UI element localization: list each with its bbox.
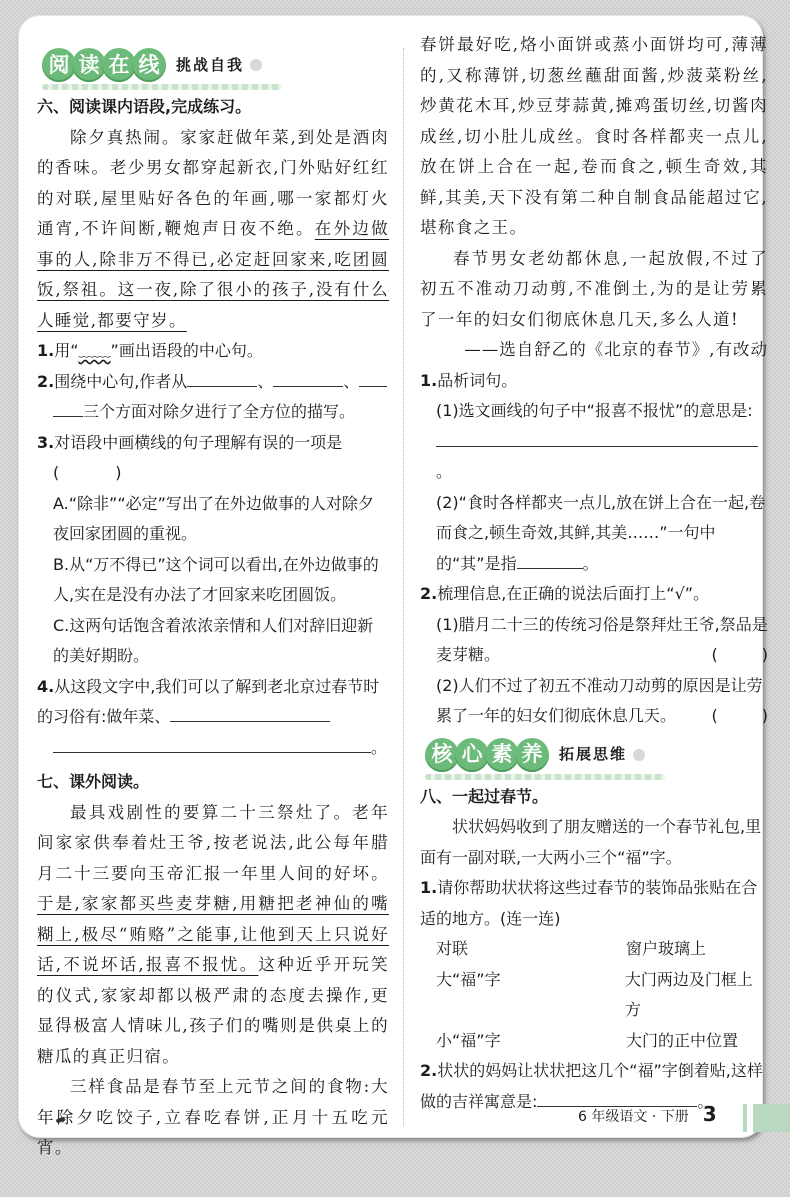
- match-item-right[interactable]: 窗户玻璃上: [626, 934, 706, 965]
- badge-subtitle: 拓展思维: [559, 739, 627, 770]
- separator: 、: [257, 372, 273, 391]
- period: 。: [583, 554, 599, 573]
- question-number: 2.: [420, 584, 437, 603]
- wave-decoration-icon: [425, 774, 665, 780]
- match-item-left[interactable]: 大“福”字: [436, 965, 625, 1026]
- match-row: 小“福”字大门的正中位置: [436, 1026, 768, 1057]
- badge-char: 养: [515, 738, 549, 772]
- question-7-title: 七、课外阅读。: [37, 767, 389, 798]
- passage-7-paragraph-4: 春节男女老幼都休息,一起放假,不过了初五不准动刀动剪,不准倒土,为的是让劳累了一…: [420, 244, 768, 336]
- question-number: 1.: [420, 371, 437, 390]
- answer-blank[interactable]: [53, 398, 83, 417]
- question-text: (1)选文画线的句子中“报喜不报忧”的意思是:: [436, 401, 753, 420]
- question-6-2: 2.围绕中心句,作者从、、三个方面对除夕进行了全方位的描写。: [37, 367, 389, 428]
- answer-paren[interactable]: (): [37, 463, 122, 482]
- question-text: (2)“食时各样都夹一点儿,放在饼上合在一起,卷而食之,顿生奇效,其鲜,其美………: [436, 493, 765, 573]
- badge-char: 阅: [42, 48, 76, 82]
- decorative-dot-icon: [250, 59, 262, 71]
- paren-close: ): [762, 645, 768, 664]
- tick-answer-paren[interactable]: (): [712, 701, 769, 732]
- matching-exercise: 对联窗户玻璃上 大“福”字大门两边及门框上方 小“福”字大门的正中位置: [420, 934, 768, 1056]
- question-number: 1.: [420, 878, 437, 897]
- question-text: 对语段中画横线的句子理解有误的一项是: [54, 433, 342, 452]
- right-column: 春饼最好吃,烙小面饼或蒸小面饼均可,薄薄的,又称薄饼,切葱丝蘸甜面酱,炒菠菜粉丝…: [420, 30, 768, 1117]
- separator: 、: [343, 372, 359, 391]
- question-8-title: 八、一起过春节。: [420, 782, 768, 813]
- book-title: 6 年级语文 · 下册: [578, 1109, 689, 1125]
- paren-open: (: [53, 463, 59, 482]
- question-7-2-2: (2)人们不过了初五不准动刀动剪的原因是让劳累了一年的妇女们彻底休息几天。(): [420, 671, 768, 732]
- match-item-right[interactable]: 大门两边及门框上方: [625, 965, 768, 1026]
- question-6-4: 4.从这段文字中,我们可以了解到老北京过春节时的习俗有:做年菜、。: [37, 672, 389, 764]
- question-number: 2.: [37, 372, 54, 391]
- match-item-left[interactable]: 对联: [436, 934, 626, 965]
- question-6-3: 3.对语段中画横线的句子理解有误的一项是(): [37, 428, 389, 489]
- period: 。: [371, 738, 387, 757]
- answer-blank[interactable]: [53, 734, 371, 753]
- match-row: 大“福”字大门两边及门框上方: [436, 965, 768, 1026]
- question-number: 2.: [420, 1061, 437, 1080]
- page-footer: 6 年级语文 · 下册3: [578, 1102, 717, 1126]
- answer-blank[interactable]: [187, 368, 257, 387]
- wavy-line-icon: ﹏﹏: [79, 341, 111, 360]
- period: 。: [436, 462, 452, 481]
- question-text: 梳理信息,在正确的说法后面打上“√”。: [437, 584, 709, 603]
- option-b: B.从“万不得已”这个词可以看出,在外边做事的人,实在是没有办法了才回家来吃团圆…: [37, 550, 389, 611]
- section-badge-reading-online: 阅 读 在 线 挑战自我: [42, 48, 389, 92]
- question-text: 围绕中心句,作者从: [54, 372, 187, 391]
- column-divider: [403, 48, 404, 1126]
- match-item-left[interactable]: 小“福”字: [436, 1026, 626, 1057]
- question-text: 三个方面对除夕进行了全方位的描写。: [83, 402, 355, 421]
- paren-close: ): [115, 463, 121, 482]
- answer-blank[interactable]: [170, 703, 330, 722]
- badge-char: 在: [102, 48, 136, 82]
- answer-blank[interactable]: [436, 428, 758, 447]
- left-column: 阅 读 在 线 挑战自我 六、阅读课内语段,完成练习。 除夕真热闹。家家赶做年菜…: [37, 48, 389, 1164]
- question-number: 1.: [37, 341, 54, 360]
- badge-char: 素: [485, 738, 519, 772]
- question-7-1-1: (1)选文画线的句子中“报喜不报忧”的意思是:。: [420, 396, 768, 488]
- passage-text: 最具戏剧性的要算二十三祭灶了。老年间家家供奉着灶王爷,按老说法,此公每年腊月二十…: [37, 803, 389, 883]
- passage-6: 除夕真热闹。家家赶做年菜,到处是酒肉的香味。老少男女都穿起新衣,门外贴好红红的对…: [37, 123, 389, 337]
- page-edge-tab: [743, 1104, 790, 1132]
- passage-7-paragraph-1: 最具戏剧性的要算二十三祭灶了。老年间家家供奉着灶王爷,按老说法,此公每年腊月二十…: [37, 798, 389, 1073]
- match-item-right[interactable]: 大门的正中位置: [626, 1026, 738, 1057]
- passage-7-paragraph-3: 春饼最好吃,烙小面饼或蒸小面饼均可,薄薄的,又称薄饼,切葱丝蘸甜面酱,炒菠菜粉丝…: [420, 30, 768, 244]
- question-7-2-1: (1)腊月二十三的传统习俗是祭拜灶王爷,祭品是麦芽糖。(): [420, 610, 768, 671]
- option-c: C.这两句话饱含着浓浓亲情和人们对辞旧迎新的美好期盼。: [37, 611, 389, 672]
- badge-char: 核: [425, 738, 459, 772]
- answer-blank[interactable]: [517, 550, 583, 569]
- badge-char: 读: [72, 48, 106, 82]
- answer-blank[interactable]: [273, 368, 343, 387]
- question-text: 请你帮助状状将这些过春节的装饰品张贴在合适的地方。(连一连): [420, 878, 757, 928]
- wave-decoration-icon: [42, 84, 282, 90]
- tick-answer-paren[interactable]: (): [712, 640, 769, 671]
- badge-char: 心: [455, 738, 489, 772]
- badge-char: 线: [132, 48, 166, 82]
- paren-open: (: [712, 706, 718, 725]
- question-number: 4.: [37, 677, 54, 696]
- paren-open: (: [712, 645, 718, 664]
- question-6-title: 六、阅读课内语段,完成练习。: [37, 92, 389, 123]
- question-8-intro: 状状妈妈收到了朋友赠送的一个春节礼包,里面有一副对联,一大两小三个“福”字。: [420, 812, 768, 873]
- option-a: A.“除非”“必定”写出了在外边做事的人对除夕夜回家团圆的重视。: [37, 489, 389, 550]
- question-text: 品析词句。: [437, 371, 517, 390]
- passage-7-paragraph-2: 三样食品是春节至上元节之间的食物:大年除夕吃饺子,立春吃春饼,正月十五吃元宵。: [37, 1072, 389, 1164]
- question-number: 3.: [37, 433, 54, 452]
- question-7-1: 1.品析词句。: [420, 366, 768, 397]
- passage-source: ——选自舒乙的《北京的春节》,有改动: [420, 335, 768, 366]
- question-text: ”画出语段的中心句。: [111, 341, 263, 360]
- question-7-1-2: (2)“食时各样都夹一点儿,放在饼上合在一起,卷而食之,顿生奇效,其鲜,其美………: [420, 488, 768, 580]
- page-number: 3: [703, 1102, 717, 1126]
- section-badge-core-literacy: 核 心 素 养 拓展思维: [425, 738, 768, 782]
- paren-close: ): [762, 706, 768, 725]
- answer-blank[interactable]: [359, 368, 387, 387]
- question-8-1: 1.请你帮助状状将这些过春节的装饰品张贴在合适的地方。(连一连): [420, 873, 768, 934]
- badge-subtitle: 挑战自我: [176, 50, 244, 81]
- question-text: 用“: [54, 341, 78, 360]
- decorative-dot-icon: [633, 749, 645, 761]
- question-7-2: 2.梳理信息,在正确的说法后面打上“√”。: [420, 579, 768, 610]
- question-6-1: 1.用“﹏﹏”画出语段的中心句。: [37, 336, 389, 367]
- match-row: 对联窗户玻璃上: [436, 934, 768, 965]
